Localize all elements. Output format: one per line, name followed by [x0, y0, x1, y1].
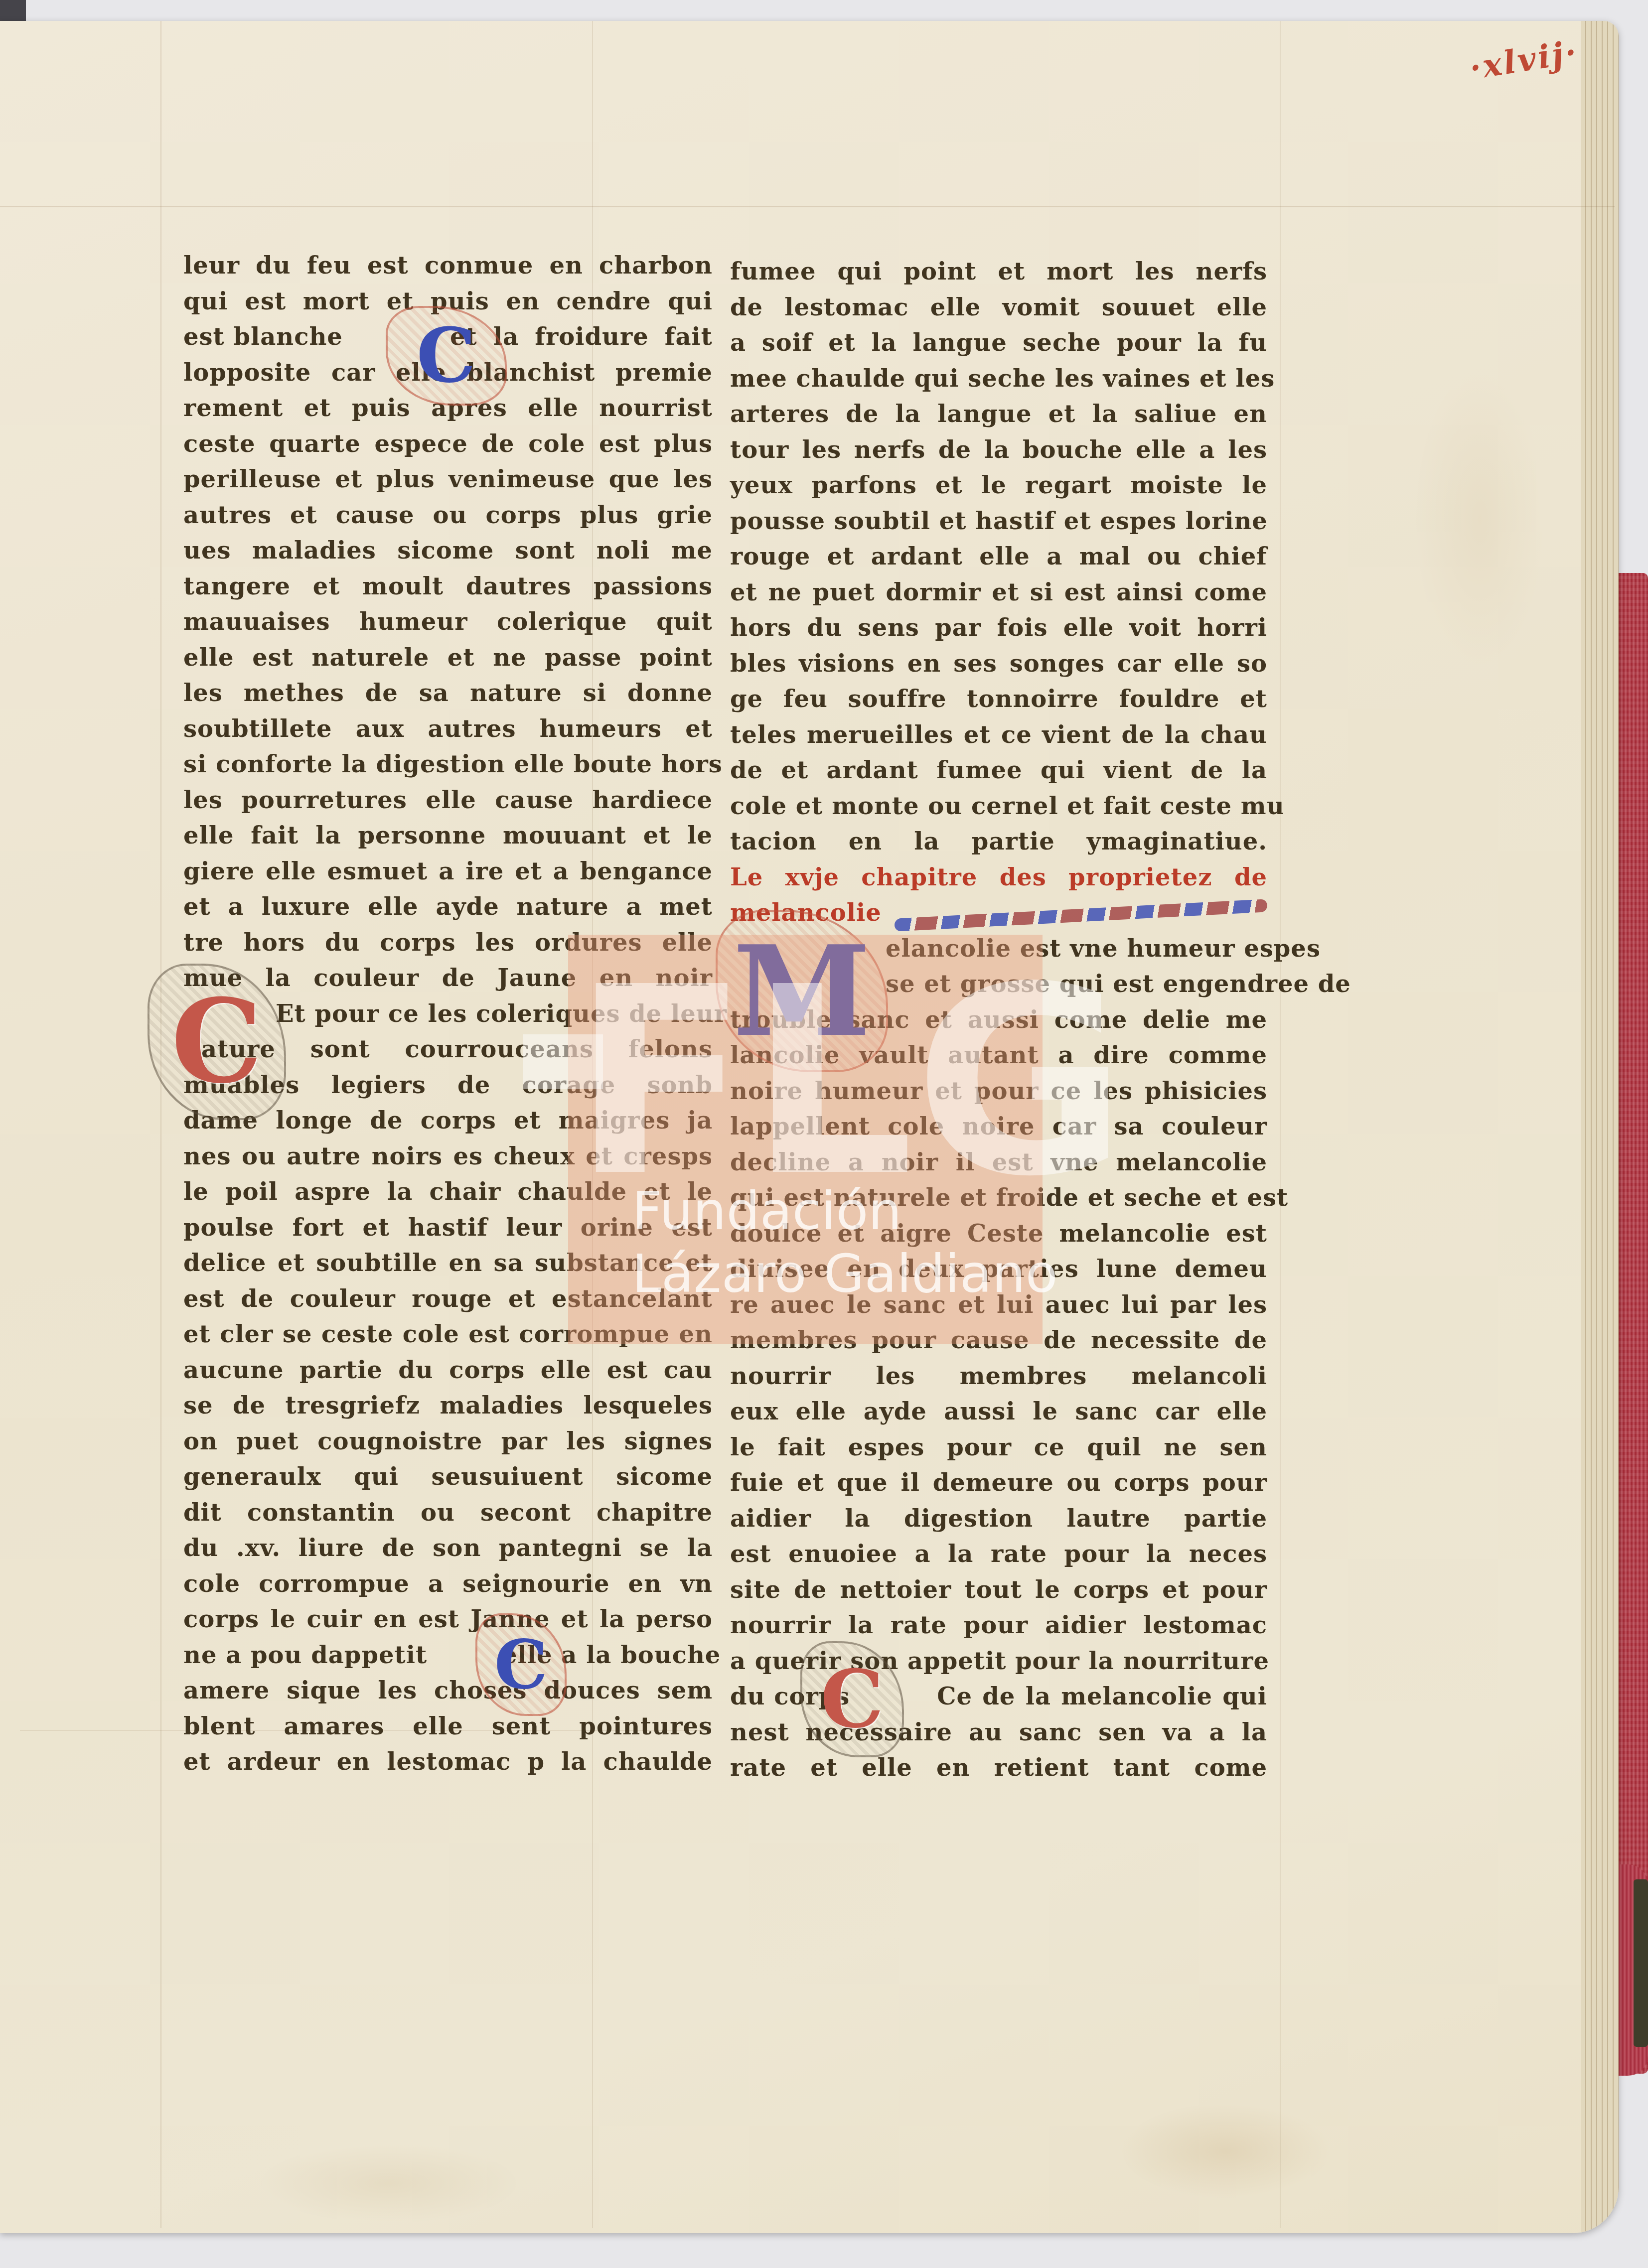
manuscript-line: fuie et que il demeure ou corps pour [730, 1465, 1267, 1501]
manuscript-line: site de nettoier tout le corps et pour [730, 1572, 1267, 1608]
manuscript-line: leur du feu est conmue en charbon [183, 248, 713, 284]
manuscript-line: nes ou autre noirs es cheux et cresps [183, 1139, 713, 1175]
text-column-left: leur du feu est conmue en charbonqui est… [183, 248, 713, 1780]
line-segment: elle a la bouche [502, 1638, 721, 1674]
manuscript-line: generaulx qui seusuiuent sicome [183, 1459, 713, 1495]
manuscript-line: se de tresgriefz maladies lesqueles [183, 1388, 713, 1424]
manuscript-line: nourrir les membres melancoli [730, 1359, 1267, 1395]
line-segment: ne a pou dappetit [183, 1638, 427, 1674]
manuscript-line: delice et soubtille en sa substance et [183, 1246, 713, 1281]
manuscript-line: ne a pou dappetitelle a la bouche [183, 1638, 713, 1674]
binding-board-edge [1634, 1879, 1648, 2047]
manuscript-line: le poil aspre la chair chaulde et le [183, 1174, 713, 1210]
manuscript-line: cole et monte ou cernel et fait ceste mu [730, 789, 1267, 825]
rubric-line: Le xvje chapitre des proprietez de [730, 860, 1267, 896]
manuscript-line: qui est naturele et froide et seche et e… [730, 1180, 1267, 1216]
rubric-line: melancolie [730, 895, 1267, 931]
manuscript-photo: ·xlvij· leur du feu est conmue en charbo… [0, 0, 1648, 2268]
manuscript-line: est de couleur rouge et estancelant [183, 1281, 713, 1317]
manuscript-line: tangere et moult dautres passions [183, 569, 713, 605]
line-segment: et la froidure fait [450, 319, 713, 355]
manuscript-line: dit constantin ou secont chapitre [183, 1495, 713, 1531]
parchment-stain [259, 2143, 518, 2223]
manuscript-line: rement et puis apres elle nourrist [183, 391, 713, 426]
manuscript-line: cole corrompue a seignourie en vn [183, 1566, 713, 1602]
line-segment: Ce de la melancolie qui [937, 1679, 1267, 1715]
manuscript-line: fumee qui point et mort les nerfs [730, 254, 1267, 290]
manuscript-line: lopposite car elle blanchist premie [183, 355, 713, 391]
manuscript-line: elle est naturele et ne passe point [183, 640, 713, 676]
manuscript-line: giere elle esmuet a ire et a bengance [183, 854, 713, 890]
manuscript-line: tacion en la partie ymaginatiue. [730, 824, 1267, 860]
manuscript-line: arteres de la langue et la saliue en [730, 397, 1267, 432]
manuscript-line: est enuoiee a la rate pour la neces [730, 1537, 1267, 1572]
manuscript-line: se et grosse qui est engendree de [730, 967, 1267, 1002]
manuscript-line: trouble sanc et aussi come delie me [730, 1002, 1267, 1038]
manuscript-line: est blancheet la froidure fait [183, 319, 713, 355]
manuscript-line: nest necessaire au sanc sen va a la [730, 1715, 1267, 1751]
line-segment: du corps [730, 1679, 850, 1715]
manuscript-line: qui est mort et puis en cendre qui [183, 284, 713, 320]
manuscript-line: blent amares elle sent pointures [183, 1709, 713, 1745]
text-column-right: fumee qui point et mort les nerfsde lest… [730, 254, 1267, 1786]
manuscript-line: on puet cougnoistre par les signes [183, 1424, 713, 1460]
manuscript-line: du .xv. liure de son pantegni se la [183, 1531, 713, 1566]
page-stack-fore-edge [1581, 21, 1619, 2233]
manuscript-line: et a luxure elle ayde nature a met [183, 889, 713, 925]
manuscript-line: rouge et ardant elle a mal ou chief [730, 539, 1267, 575]
manuscript-line: elle fait la personne mouuant et le [183, 818, 713, 854]
manuscript-line: aucune partie du corps elle est cau [183, 1353, 713, 1389]
manuscript-line: noire humeur et pour ce les phisicies [730, 1074, 1267, 1110]
manuscript-line: et cler se ceste cole est corrompue en [183, 1317, 713, 1353]
manuscript-line: teles merueilles et ce vient de la chau [730, 717, 1267, 753]
line-segment: est blanche [183, 319, 343, 355]
manuscript-line: decline a noir il est vne melancolie [730, 1145, 1267, 1181]
manuscript-line: tour les nerfs de la bouche elle a les [730, 432, 1267, 468]
parchment-stain [1121, 2104, 1331, 2198]
manuscript-line: nature sont courrouceans felons [183, 1032, 713, 1068]
manuscript-line: ues maladies sicome sont noli me [183, 533, 713, 569]
manuscript-line: lancolie vault autant a dire comme [730, 1038, 1267, 1074]
manuscript-line: dame longe de corps et maigres ja [183, 1103, 713, 1139]
manuscript-line: le fait espes pour ce quil ne sen [730, 1430, 1267, 1466]
manuscript-line: Et pour ce les coleriques de leur [183, 996, 713, 1032]
manuscript-line: a soif et la langue seche pour la fu [730, 325, 1267, 361]
manuscript-line: ge feu souffre tonnoirre fouldre et [730, 682, 1267, 717]
manuscript-line: les methes de sa nature si donne [183, 676, 713, 711]
manuscript-line: et ne puet dormir et si est ainsi come [730, 575, 1267, 611]
manuscript-line: diuisee en deux parties lune demeu [730, 1252, 1267, 1287]
manuscript-line: poulse fort et hastif leur orine est [183, 1210, 713, 1246]
manuscript-line: pousse soubtil et hastif et espes lorine [730, 504, 1267, 540]
manuscript-line: lappellent cole noire car sa couleur [730, 1109, 1267, 1145]
manuscript-line: mee chaulde qui seche les vaines et les [730, 361, 1267, 397]
manuscript-line: du corpsCe de la melancolie qui [730, 1679, 1267, 1715]
pen-flourish-line-filler [895, 899, 1267, 931]
manuscript-line: autres et cause ou corps plus grie [183, 498, 713, 534]
manuscript-line: doulce et aigre Ceste melancolie est [730, 1216, 1267, 1252]
parchment-stain [1415, 370, 1545, 669]
manuscript-line: yeux parfons et le regart moiste le [730, 468, 1267, 504]
manuscript-line: les pourretures elle cause hardiece [183, 783, 713, 819]
manuscript-line: re auec le sanc et lui auec lui par les [730, 1287, 1267, 1323]
manuscript-line: bles visions en ses songes car elle so [730, 646, 1267, 682]
manuscript-line: de et ardant fumee qui vient de la [730, 753, 1267, 789]
manuscript-line: ceste quarte espece de cole est plus [183, 426, 713, 462]
manuscript-line: tre hors du corps les ordures elle [183, 925, 713, 961]
manuscript-line: corps le cuir en est Janne et la perso [183, 1602, 713, 1638]
manuscript-line: soubtillete aux autres humeurs et [183, 711, 713, 747]
manuscript-line: eux elle ayde aussi le sanc car elle [730, 1394, 1267, 1430]
manuscript-line: a querir son appetit pour la nourriture [730, 1644, 1267, 1680]
manuscript-line: amere sique les choses douces sem [183, 1673, 713, 1709]
manuscript-line: membres pour cause de necessite de [730, 1323, 1267, 1359]
manuscript-line: muables legiers de corage sonb [183, 1068, 713, 1104]
manuscript-line: si conforte la digestion elle boute hors [183, 747, 713, 783]
manuscript-line: et ardeur en lestomac p la chaulde [183, 1744, 713, 1780]
manuscript-line: rate et elle en retient tant come [730, 1750, 1267, 1786]
manuscript-line: elancolie est vne humeur espes [730, 931, 1267, 967]
manuscript-line: mue la couleur de Jaune en noir [183, 961, 713, 996]
manuscript-line: nourrir la rate pour aidier lestomac [730, 1608, 1267, 1644]
manuscript-line: de lestomac elle vomit souuet elle [730, 290, 1267, 326]
manuscript-line: hors du sens par fois elle voit horri [730, 610, 1267, 646]
manuscript-line: mauuaises humeur colerique quit [183, 604, 713, 640]
manuscript-line: aidier la digestion lautre partie [730, 1501, 1267, 1537]
manuscript-line: perilleuse et plus venimeuse que les [183, 462, 713, 498]
